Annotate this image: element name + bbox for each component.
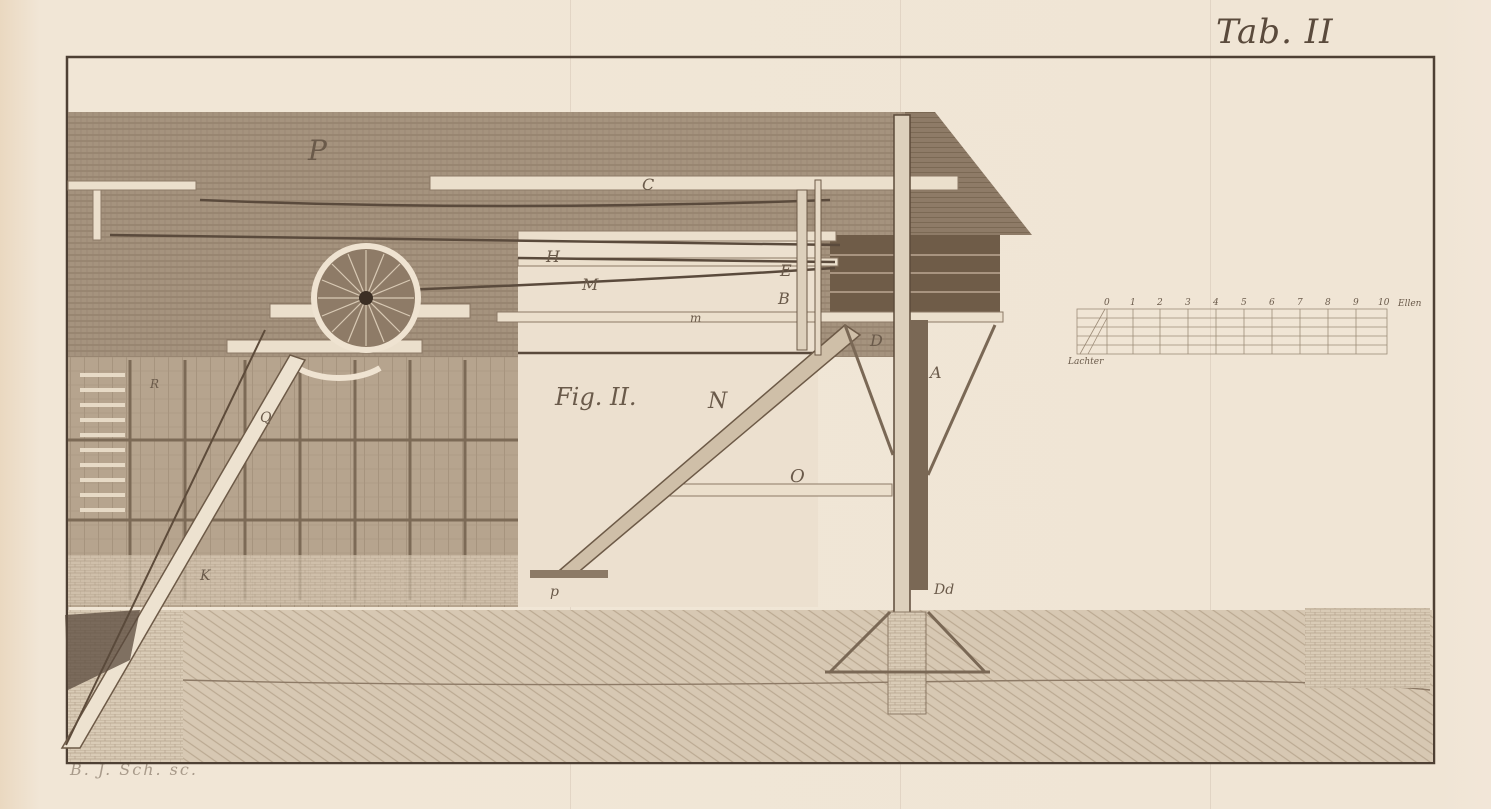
scale-unit: Ellen bbox=[1397, 299, 1422, 309]
scale-bar bbox=[1077, 309, 1387, 354]
hoist-wheel bbox=[314, 246, 418, 350]
scale-tick: 5 bbox=[1241, 298, 1247, 308]
scale-tick: 8 bbox=[1325, 298, 1331, 308]
scale-tick: 10 bbox=[1378, 298, 1390, 308]
scale-tick: 2 bbox=[1156, 298, 1163, 308]
scale-tick: 3 bbox=[1185, 298, 1191, 308]
label-P: P bbox=[307, 134, 328, 167]
label-K: K bbox=[199, 568, 212, 584]
scale-tick: 9 bbox=[1353, 298, 1359, 308]
storage-block bbox=[830, 235, 1000, 320]
label-R: R bbox=[149, 377, 159, 391]
label-D: D bbox=[869, 331, 883, 350]
scale-sublabel: Lachter bbox=[1067, 357, 1104, 367]
label-E: E bbox=[779, 261, 792, 280]
label-Q: Q bbox=[260, 410, 272, 426]
scale-tick: 0 bbox=[1104, 298, 1110, 308]
label-A: A bbox=[928, 363, 942, 382]
ground bbox=[68, 610, 1433, 762]
label-m: m bbox=[690, 311, 701, 325]
figure-caption: Fig. II. bbox=[554, 383, 637, 411]
label-M: M bbox=[581, 275, 599, 294]
scale-tick: 6 bbox=[1269, 298, 1275, 308]
label-C: C bbox=[642, 175, 654, 194]
label-O: O bbox=[790, 466, 805, 487]
engraving: P C H M m E B D A N O R Q K p Dd Fig. II… bbox=[0, 0, 1491, 809]
label-p: p bbox=[550, 584, 559, 600]
scale-tick: 4 bbox=[1212, 298, 1219, 308]
label-Dd: Dd bbox=[933, 582, 954, 598]
label-H: H bbox=[545, 247, 561, 266]
roof bbox=[905, 112, 1032, 235]
scale-tick: 1 bbox=[1130, 298, 1136, 308]
scale-tick: 7 bbox=[1297, 298, 1303, 308]
label-B: B bbox=[777, 289, 790, 308]
main-post bbox=[894, 115, 910, 615]
label-N: N bbox=[707, 389, 728, 414]
